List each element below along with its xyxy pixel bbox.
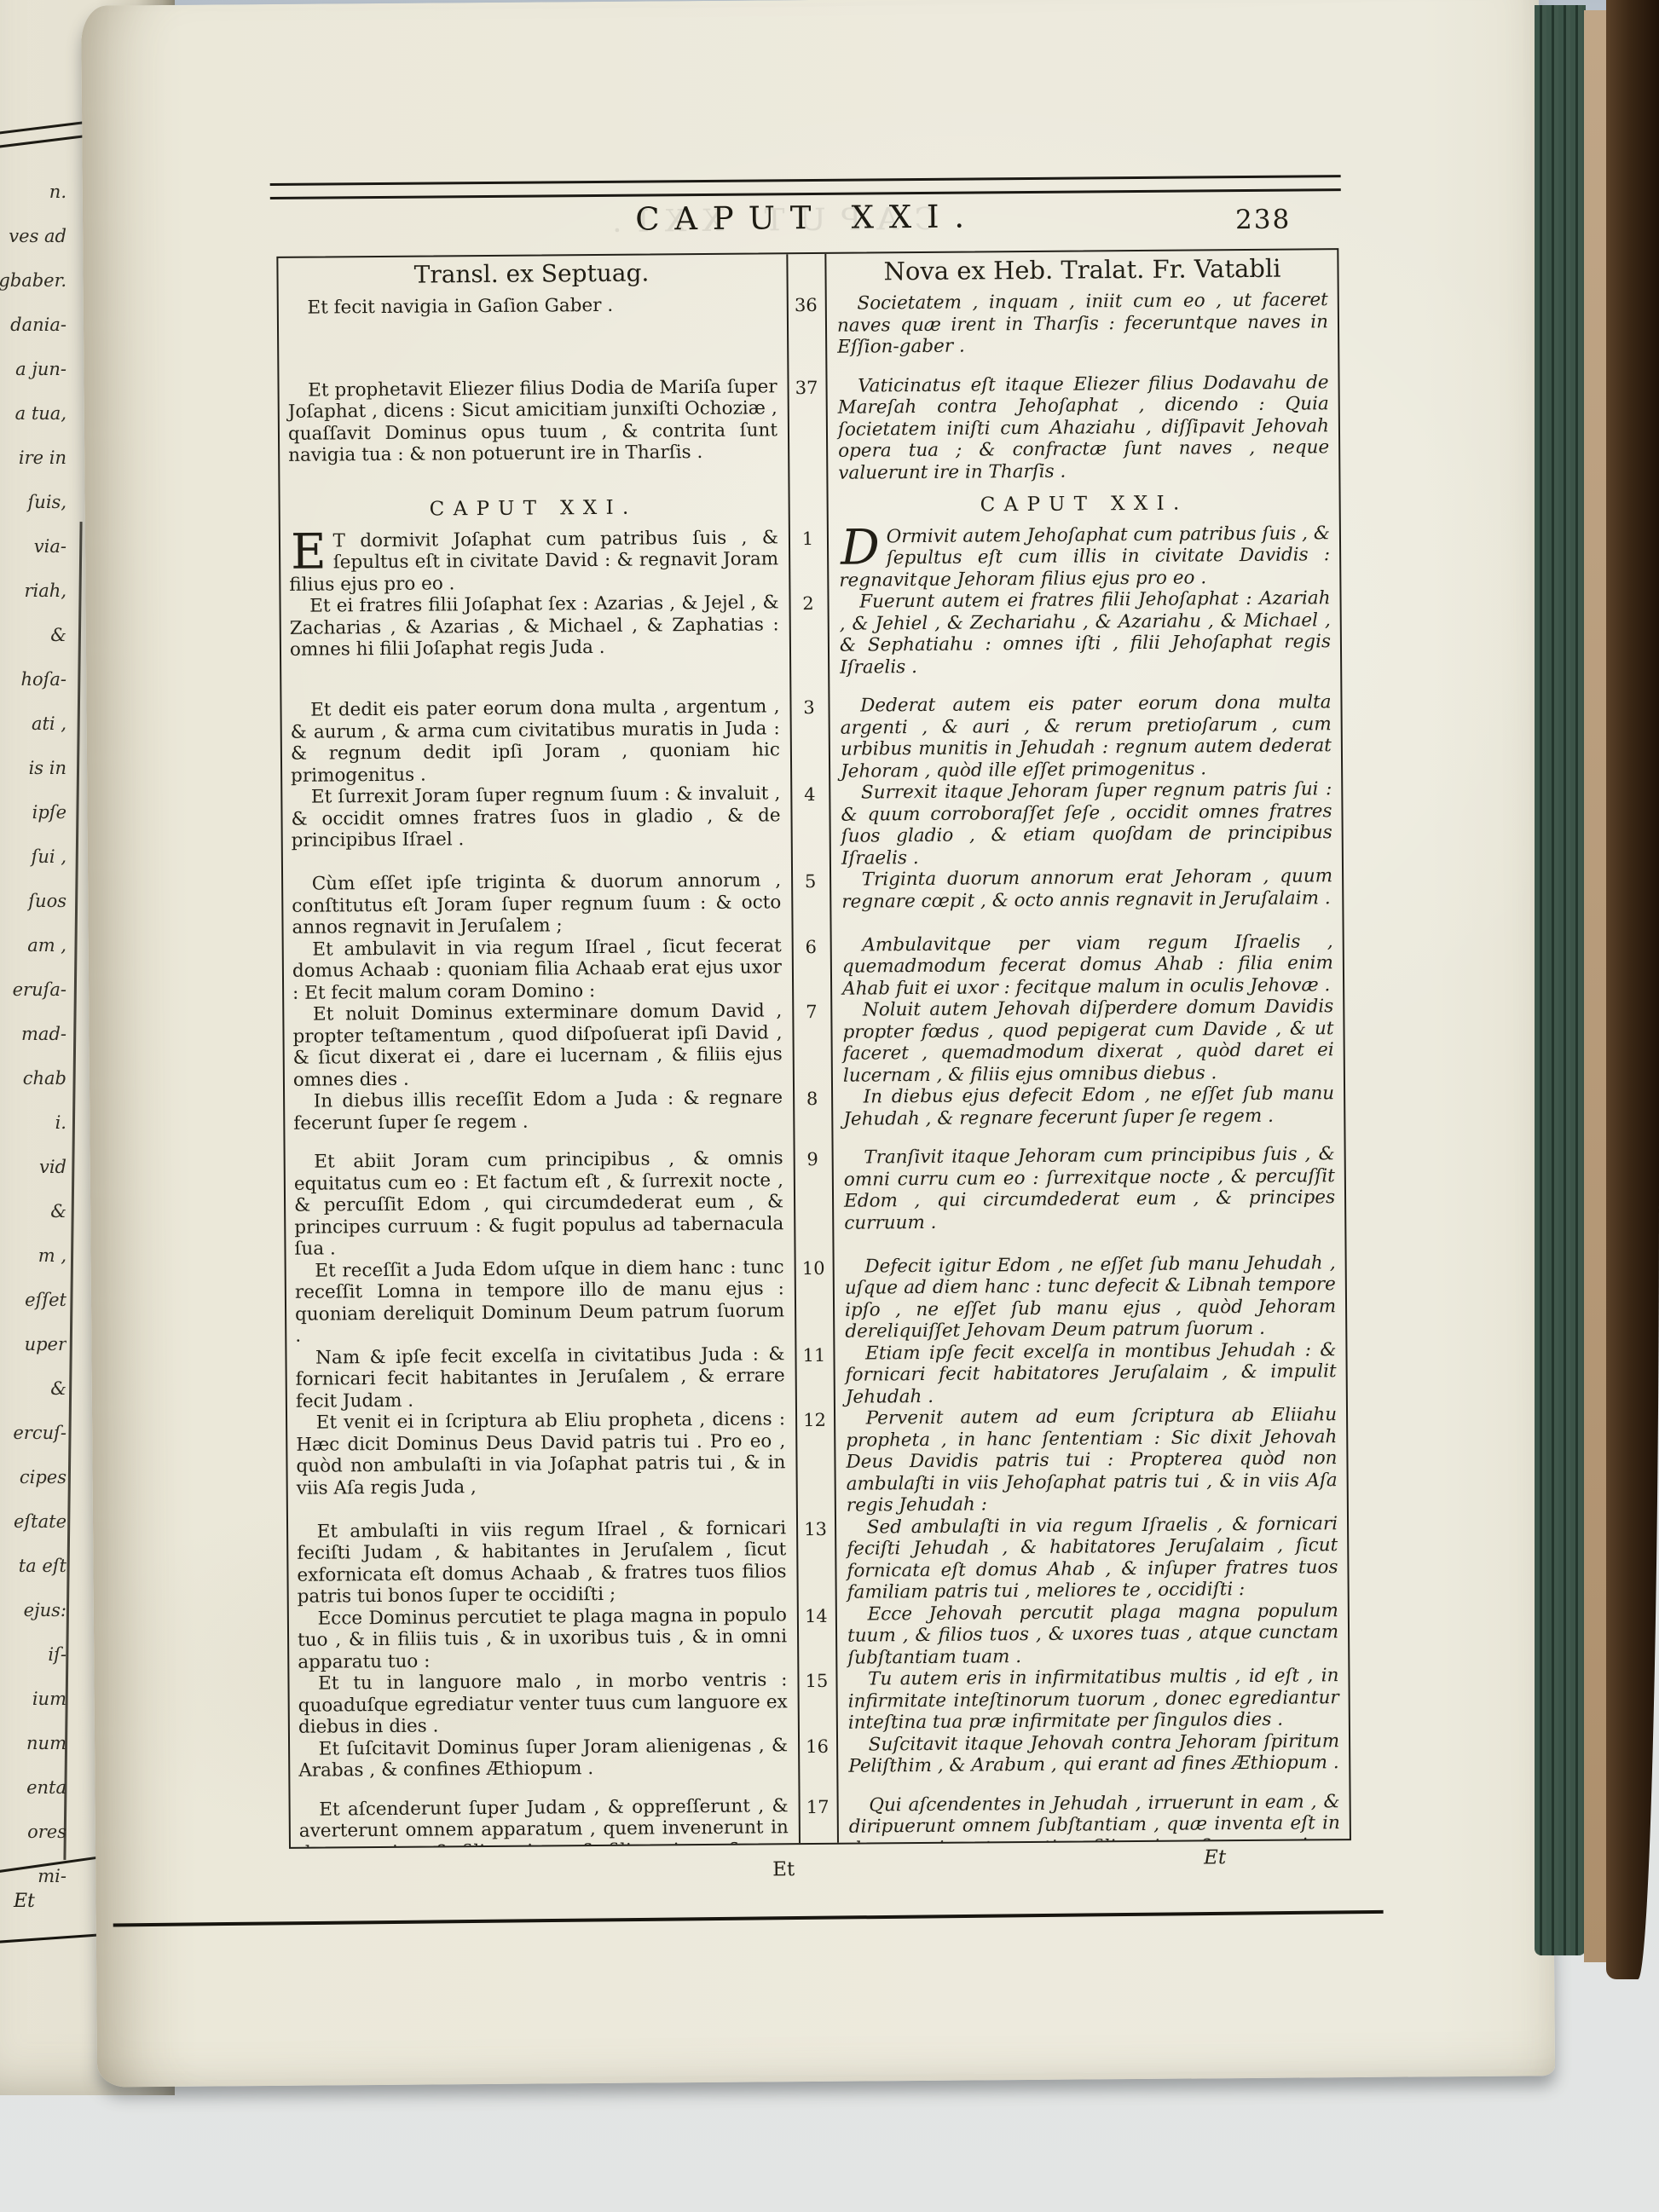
left-verse-text: ET dormivit Joſaphat cum patribus ſuis ,… bbox=[280, 527, 789, 596]
caput-row: CAPUT XXI.CAPUT XXI. bbox=[280, 492, 1339, 522]
right-column-title: Nova ex Heb. Tralat. Fr. Vatabli bbox=[824, 250, 1336, 290]
margin-fragment: ſui , bbox=[32, 846, 66, 868]
verse-number: 6 bbox=[792, 934, 831, 1000]
verse-row: Et abiit Joram cum principibus , & omnis… bbox=[286, 1143, 1345, 1260]
margin-fragment: num bbox=[26, 1732, 66, 1754]
margin-fragment: iſ- bbox=[48, 1643, 66, 1666]
catchword-left: Et bbox=[743, 1858, 795, 1880]
margin-fragment: ipſe bbox=[32, 801, 66, 823]
verse-number: 13 bbox=[796, 1516, 835, 1603]
right-verse-text: Tranſivit itaque Jehoram cum principibus… bbox=[832, 1143, 1344, 1256]
left-verse-text: Et aſcenderunt ſuper Judam , & oppreſſer… bbox=[291, 1795, 800, 1849]
margin-fragment: am , bbox=[27, 934, 66, 956]
drop-cap: D bbox=[839, 526, 887, 567]
verse-number: 15 bbox=[797, 1669, 836, 1735]
book-cover bbox=[1606, 0, 1659, 1979]
verse-row: Et ambulavit in via regum Iſrael , ſicut… bbox=[284, 931, 1344, 1004]
right-verse-text: Ambulavitque per viam regum Iſraelis , q… bbox=[830, 931, 1343, 1000]
margin-fragment: & bbox=[50, 1377, 66, 1400]
verse-row: Et fecit navigia in Gaſion Gaber .36Soci… bbox=[279, 289, 1338, 362]
right-verse-text: Qui aſcendentes in Jehudah , irruerunt i… bbox=[837, 1791, 1350, 1849]
verse-number: 8 bbox=[793, 1087, 831, 1130]
verse-number bbox=[789, 496, 827, 518]
verse-row: Nam & ipſe fecit excelſa in civitatibus … bbox=[286, 1339, 1346, 1412]
verse-number: 16 bbox=[798, 1734, 836, 1777]
left-verse-text: Et venit ei in ſcriptura ab Eliu prophet… bbox=[287, 1408, 796, 1521]
margin-fragment: ejus: bbox=[24, 1599, 66, 1621]
verse-number: 37 bbox=[787, 375, 826, 484]
margin-fragment: ſuis, bbox=[28, 491, 66, 513]
margin-fragment: n. bbox=[49, 181, 66, 203]
left-verse-text: In diebus illis receſſit Edom a Juda : &… bbox=[285, 1087, 793, 1135]
right-verse-text: CAPUT XXI. bbox=[827, 492, 1338, 517]
verse-number: 12 bbox=[795, 1408, 835, 1517]
margin-fragment: eruſa- bbox=[13, 979, 66, 1001]
verse-number: 36 bbox=[787, 293, 826, 359]
book-photo: n.ves adgbaber.dania-a jun-a tua,ire inſ… bbox=[0, 0, 1659, 2212]
margin-fragment: via- bbox=[34, 535, 66, 557]
right-verse-text: Triginta duorum annorum erat Jehoram , q… bbox=[829, 865, 1342, 934]
margin-fragment: & bbox=[50, 624, 66, 646]
verse-number: 1 bbox=[789, 526, 828, 592]
right-verse-text: Etiam ipſe fecit excelſa in montibus Jeh… bbox=[833, 1339, 1345, 1408]
left-verse-text: Et ſurrexit Joram ſuper regnum ſuum : & … bbox=[282, 783, 791, 874]
margin-fragment: ati , bbox=[32, 713, 66, 735]
right-verse-text: Vaticinatus eſt itaque Eliezer filius Do… bbox=[825, 372, 1338, 484]
left-verse-text: Et dedit eis pater eorum dona multa , ar… bbox=[281, 696, 790, 787]
margin-fragment: & bbox=[50, 1200, 66, 1222]
margin-fragment: m , bbox=[38, 1245, 66, 1267]
verse-number: 14 bbox=[797, 1603, 836, 1669]
right-verse-text: Noluit autem Jehovah diſperdere domum Da… bbox=[830, 996, 1343, 1087]
previous-page-catchword: Et bbox=[14, 1891, 35, 1912]
margin-fragment: eſtate bbox=[14, 1510, 66, 1533]
verse-row: Et prophetavit Eliezer filius Dodia de M… bbox=[279, 372, 1338, 488]
right-verse-text: Pervenit autem ad eum ſcriptura ab Eliia… bbox=[834, 1404, 1346, 1516]
left-verse-text: Et ſuſcitavit Dominus ſuper Joram alieni… bbox=[290, 1735, 798, 1782]
drop-cap: E bbox=[289, 530, 333, 571]
margin-fragment: uper bbox=[25, 1333, 66, 1355]
left-verse-text: Nam & ipſe fecit excelſa in civitatibus … bbox=[286, 1343, 795, 1412]
right-verse-text: Societatem , inquam , iniit cum eo , ut … bbox=[825, 289, 1338, 358]
verse-row: Et ſurrexit Joram ſuper regnum ſuum : & … bbox=[282, 778, 1342, 874]
right-verse-text: Suſcitavit itaque Jehovah contra Jehoram… bbox=[836, 1730, 1348, 1778]
verse-row: In diebus illis receſſit Edom a Juda : &… bbox=[285, 1083, 1344, 1135]
verse-row: Et ei fratres filii Joſaphat ſex : Azari… bbox=[280, 587, 1340, 683]
margin-fragment: a jun- bbox=[15, 358, 66, 380]
left-verse-text: Et noluit Dominus exterminare domum Davi… bbox=[284, 1000, 793, 1091]
left-column-title: Transl. ex Septuag. bbox=[278, 254, 786, 294]
margin-fragment: a tua, bbox=[15, 402, 66, 424]
margin-fragment: enta bbox=[26, 1776, 66, 1799]
verse-rows: Et fecit navigia in Gaſion Gaber .36Soci… bbox=[279, 289, 1350, 1849]
margin-fragment: vid bbox=[39, 1156, 66, 1178]
right-verse-text: Ecce Jehovah percutit plaga magna populu… bbox=[835, 1600, 1348, 1669]
verse-number: 10 bbox=[795, 1256, 834, 1343]
margin-fragment: ores bbox=[27, 1821, 66, 1843]
left-verse-text: Et abiit Joram cum principibus , & omnis… bbox=[286, 1147, 795, 1260]
verse-row: Et tu in languore malo , in morbo ventri… bbox=[289, 1665, 1349, 1738]
margin-fragment: chab bbox=[23, 1067, 66, 1089]
verse-number: 5 bbox=[791, 869, 830, 935]
margin-fragment: mad- bbox=[21, 1023, 66, 1045]
left-verse-text: Et prophetavit Eliezer filius Dodia de M… bbox=[279, 376, 788, 488]
left-verse-text: Cùm eſſet ipſe triginta & duorum annorum… bbox=[283, 869, 792, 939]
margin-fragments: n.ves adgbaber.dania-a jun-a tua,ire inſ… bbox=[0, 181, 66, 1928]
right-verse-text: Tu autem eris in infirmitatibus multis ,… bbox=[835, 1665, 1348, 1734]
verse-row: Et ſuſcitavit Dominus ſuper Joram alieni… bbox=[290, 1730, 1349, 1782]
verse-number: 3 bbox=[789, 696, 829, 783]
verse-number: 4 bbox=[790, 783, 829, 869]
right-verse-text: Fuerunt autem ei fratres filii Jehoſapha… bbox=[827, 587, 1339, 679]
verse-number: 2 bbox=[789, 592, 828, 679]
bottom-rule bbox=[113, 1910, 1384, 1926]
column-titles: Transl. ex Septuag. Nova ex Heb. Tralat.… bbox=[278, 250, 1337, 294]
margin-fragment: is in bbox=[29, 757, 66, 779]
verse-number: 7 bbox=[792, 1000, 831, 1087]
left-verse-text: Ecce Dominus percutiet te plaga magna in… bbox=[289, 1604, 798, 1673]
margin-fragment: hoſa- bbox=[20, 668, 66, 690]
verse-row: Et venit ei in ſcriptura ab Eliu prophet… bbox=[287, 1404, 1347, 1521]
page-number: 238 bbox=[1235, 205, 1291, 236]
right-verse-text: In diebus ejus defecit Edom , ne eſſet ſ… bbox=[831, 1083, 1343, 1130]
verse-row: Et dedit eis pater eorum dona multa , ar… bbox=[281, 691, 1341, 787]
margin-fragment: riah, bbox=[25, 580, 66, 602]
right-verse-text: Surrexit itaque Jehoram ſuper regnum pat… bbox=[829, 778, 1341, 869]
catchword-right: Et bbox=[1204, 1846, 1226, 1868]
verse-row: ET dormivit Joſaphat cum patribus ſuis ,… bbox=[280, 523, 1340, 596]
right-verse-text: DOrmivit autem Jehoſaphat cum patribus ſ… bbox=[827, 523, 1339, 592]
margin-fragment: i. bbox=[55, 1112, 66, 1134]
right-verse-text: Defecit igitur Edom , ne eſſet ſub manu … bbox=[833, 1252, 1345, 1343]
left-verse-text: Et ambulavit in via regum Iſrael , ſicut… bbox=[284, 935, 793, 1004]
margin-fragment: ſuos bbox=[28, 890, 66, 912]
verse-row: Et receſſit a Juda Edom uſque in diem ha… bbox=[286, 1252, 1346, 1348]
verse-number: 9 bbox=[794, 1147, 833, 1256]
right-verse-text: Dederat autem eis pater eorum dona multa… bbox=[828, 691, 1340, 783]
head-rule-top bbox=[270, 175, 1341, 185]
left-verse-text: Et ei fratres filii Joſaphat ſex : Azari… bbox=[280, 592, 789, 683]
left-verse-text: Et fecit navigia in Gaſion Gaber . bbox=[279, 293, 788, 362]
book-page: CAPUT XXI. CAPUT XXI. 238 Transl. ex Sep… bbox=[81, 0, 1555, 2088]
margin-fragment: dania- bbox=[10, 314, 66, 336]
book-cover-inner-edge bbox=[1584, 10, 1608, 1962]
verse-number: 17 bbox=[799, 1794, 838, 1849]
text-frame: Transl. ex Septuag. Nova ex Heb. Tralat.… bbox=[276, 248, 1351, 1849]
left-verse-text: CAPUT XXI. bbox=[280, 496, 789, 522]
margin-fragment: ta eſt bbox=[19, 1555, 66, 1577]
verse-number: 11 bbox=[795, 1343, 834, 1408]
verse-row: Et aſcenderunt ſuper Judam , & oppreſſer… bbox=[291, 1791, 1350, 1849]
left-verse-text: Et receſſit a Juda Edom uſque in diem ha… bbox=[286, 1256, 795, 1348]
gutter-spacer bbox=[786, 254, 824, 290]
book-fore-edge bbox=[1535, 5, 1586, 1955]
right-verse-text: Sed ambulaſti in via regum Iſraelis , & … bbox=[835, 1513, 1347, 1604]
margin-fragment: ves ad bbox=[9, 225, 66, 247]
verse-row: Et ambulaſti in viis regum Iſrael , & fo… bbox=[288, 1513, 1348, 1608]
margin-fragment: ium bbox=[32, 1688, 66, 1710]
margin-fragment: cipes bbox=[20, 1466, 66, 1488]
left-verse-text: Et tu in languore malo , in morbo ventri… bbox=[289, 1669, 798, 1738]
verse-row: Ecce Dominus percutiet te plaga magna in… bbox=[289, 1600, 1349, 1673]
verse-row: Cùm eſſet ipſe triginta & duorum annorum… bbox=[283, 865, 1343, 939]
margin-fragment: ercuſ- bbox=[13, 1422, 66, 1444]
margin-fragment: ire in bbox=[19, 447, 66, 469]
margin-fragment: gbaber. bbox=[0, 269, 66, 292]
margin-fragment: eſſet bbox=[25, 1289, 66, 1311]
verse-row: Et noluit Dominus exterminare domum Davi… bbox=[284, 996, 1344, 1091]
left-verse-text: Et ambulaſti in viis regum Iſrael , & fo… bbox=[288, 1517, 797, 1608]
